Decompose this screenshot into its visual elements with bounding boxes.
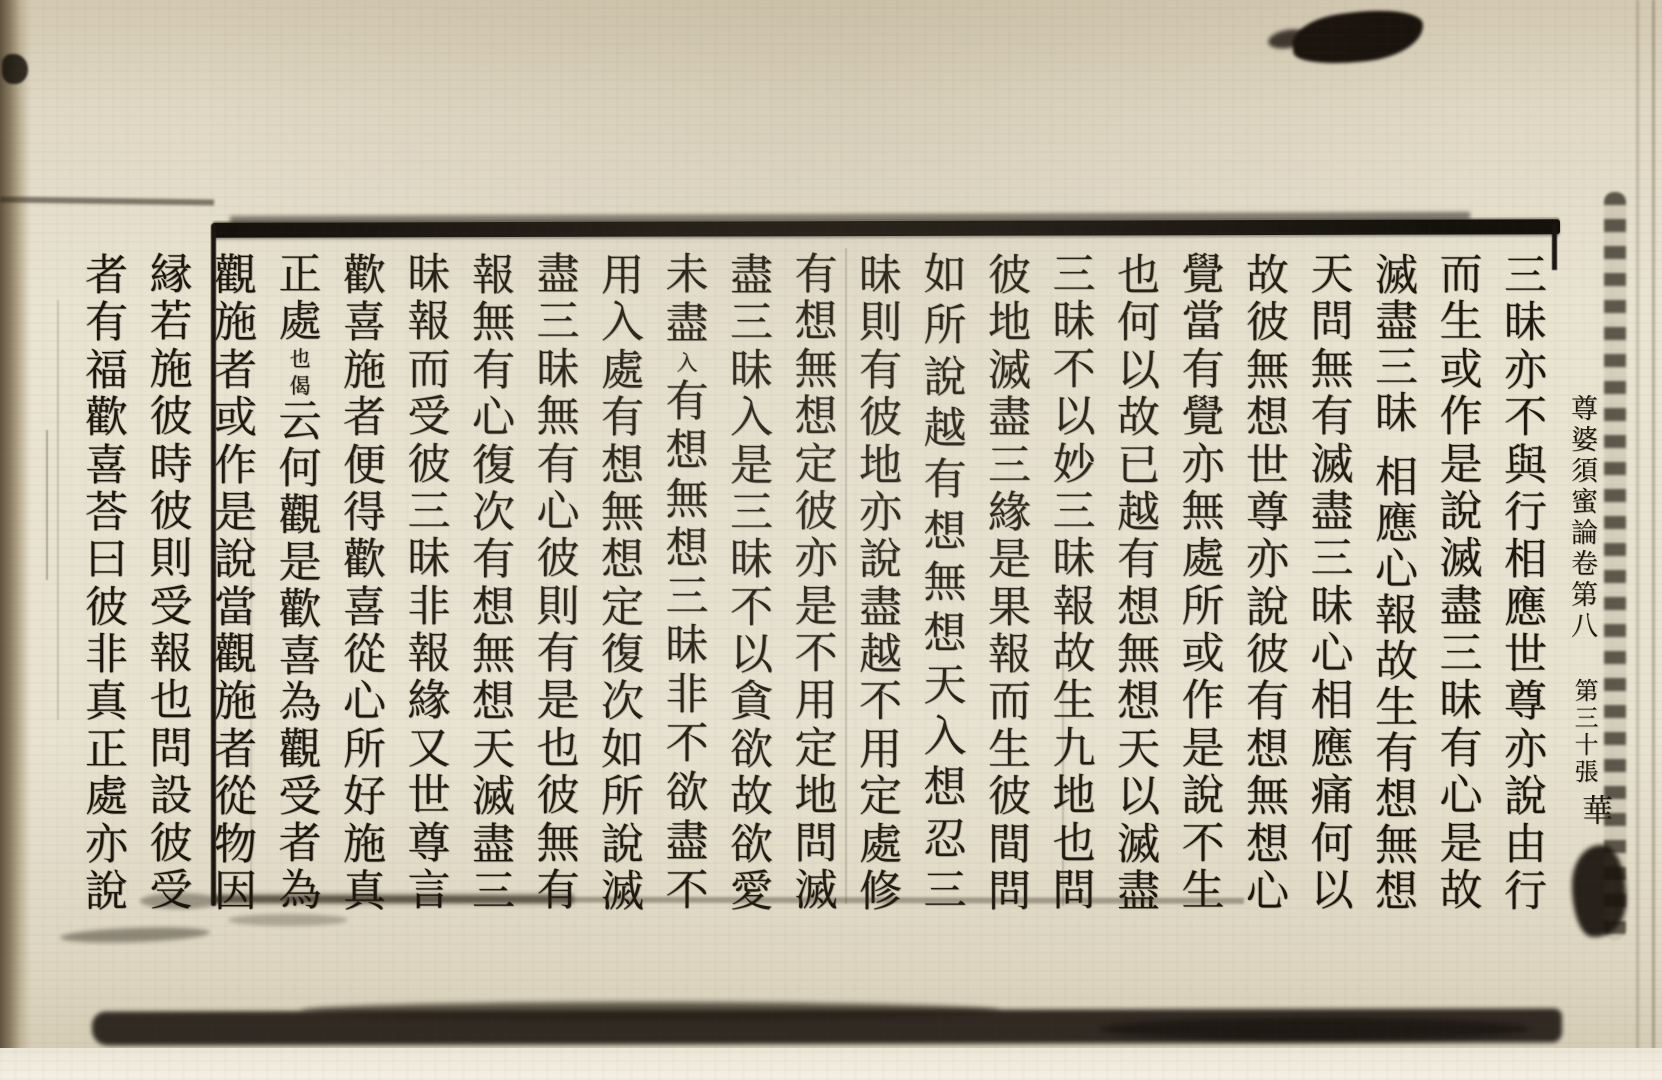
glyph: 問 [981, 869, 1038, 915]
glyph: 昧 [401, 252, 458, 298]
glyph: 為 [272, 680, 329, 726]
glyph: 則 [143, 536, 200, 582]
glyph: 以 [1110, 348, 1167, 394]
glyph: 三 [723, 490, 780, 536]
glyph: 彼 [143, 394, 200, 440]
glyph: 盡 [465, 822, 522, 868]
glyph-small: 也 [272, 346, 329, 372]
glyph: 所 [594, 774, 651, 820]
text-column-21: 觀施者或作是說當觀施者從物因 [207, 253, 264, 915]
glyph: 相 [1304, 678, 1361, 724]
glyph: 說 [594, 822, 651, 868]
glyph: 是 [530, 678, 587, 724]
glyph: 者 [272, 821, 329, 867]
glyph: 者 [336, 395, 393, 441]
glyph: 昧 [1497, 300, 1554, 346]
glyph: 無 [659, 477, 716, 523]
glyph: 滅 [1368, 253, 1425, 299]
glyph: 昧 [1046, 536, 1103, 582]
glyph: 正 [272, 252, 329, 298]
glyph: 盡 [723, 253, 780, 299]
glyph: 有 [530, 631, 587, 677]
text-column-11: 昧則有彼地亦說盡越不用定處修 [852, 253, 909, 915]
glyph: 三 [1497, 253, 1554, 299]
glyph: 則 [530, 584, 587, 630]
glyph: 觀 [272, 493, 329, 539]
glyph: 地 [852, 443, 909, 489]
glyph: 當 [207, 585, 264, 631]
glyph: 如 [594, 727, 651, 773]
glyph: 次 [594, 679, 651, 725]
glyph: 問 [1304, 299, 1361, 345]
glyph: 又 [401, 726, 458, 772]
glyph: 有 [530, 868, 587, 914]
glyph: 亦 [1497, 348, 1554, 394]
glyph: 想 [1110, 679, 1167, 725]
glyph: 果 [981, 585, 1038, 631]
glyph: 天 [1304, 252, 1361, 298]
glyph: 心 [336, 679, 393, 725]
glyph: 彼 [852, 395, 909, 441]
text-column-13: 盡三昧入是三昧不以貪欲故欲愛 [723, 253, 780, 915]
glyph: 盡 [1368, 299, 1425, 345]
frame-top-border [212, 219, 1560, 238]
glyph: 以 [1304, 868, 1361, 914]
glyph: 欲 [723, 727, 780, 773]
text-column-2: 而生或作是說滅盡三昧有心是故 [1433, 252, 1490, 914]
glyph: 彼 [1239, 300, 1296, 346]
glyph: 修 [852, 869, 909, 915]
glyph: 想 [465, 585, 522, 631]
ink-mark-top-left [2, 54, 28, 84]
glyph: 越 [852, 632, 909, 678]
glyph: 所 [336, 727, 393, 773]
glyph: 不 [1175, 821, 1232, 867]
glyph: 若 [143, 299, 200, 345]
glyph: 或 [1175, 631, 1232, 677]
glyph: 盡 [1110, 869, 1167, 915]
glyph: 有 [917, 457, 974, 503]
glyph: 非 [659, 672, 716, 718]
glyph: 定 [852, 774, 909, 820]
glyph: 報 [1046, 584, 1103, 630]
glyph: 亦 [78, 822, 135, 868]
glyph: 入 [594, 300, 651, 346]
ink-smudge-bottom-left [140, 893, 220, 909]
glyph: 無 [1239, 774, 1296, 820]
glyph: 彼 [78, 585, 135, 631]
glyph: 彼 [981, 253, 1038, 299]
glyph: 有 [1110, 537, 1167, 583]
glyph: 三 [917, 868, 974, 914]
glyph: 尊 [1239, 490, 1296, 536]
text-column-17: 報無有心復次有想無想天滅盡三 [465, 253, 522, 915]
glyph: 想 [1239, 727, 1296, 773]
glyph: 從 [207, 774, 264, 820]
glyph: 三 [530, 299, 587, 345]
glyph: 天 [1110, 727, 1167, 773]
glyph: 無 [788, 347, 845, 393]
glyph: 定 [788, 726, 845, 772]
glyph: 因 [207, 869, 264, 915]
glyph: 越 [1110, 490, 1167, 536]
glyph: 有 [465, 348, 522, 394]
glyph: 心 [1433, 773, 1490, 819]
glyph: 也 [1110, 253, 1167, 299]
glyph: 也 [143, 678, 200, 724]
glyph: 有 [1175, 347, 1232, 393]
glyph: 應 [1368, 501, 1425, 547]
glyph: 尊 [401, 821, 458, 867]
glyph: 生 [1175, 868, 1232, 914]
glyph: 問 [143, 726, 200, 772]
glyph: 或 [1433, 347, 1490, 393]
glyph: 想 [1368, 869, 1425, 915]
glyph: 昧 [1368, 391, 1425, 437]
glyph: 應 [1497, 585, 1554, 631]
glyph: 而 [981, 679, 1038, 725]
glyph: 彼 [530, 536, 587, 582]
glyph: 覺 [1175, 252, 1232, 298]
glyph: 盡 [659, 819, 716, 865]
glyph: 覺 [1175, 394, 1232, 440]
glyph: 用 [852, 727, 909, 773]
glyph: 物 [207, 822, 264, 868]
glyph: 想 [788, 299, 845, 345]
glyph: 生 [1368, 685, 1425, 731]
glyph: 說 [1239, 585, 1296, 631]
glyph: 入 [917, 714, 974, 760]
glyph: 想 [788, 394, 845, 440]
glyph: 從 [336, 632, 393, 678]
glyph: 曰 [78, 537, 135, 583]
glyph: 昧 [401, 536, 458, 582]
left-margin-crease [46, 430, 48, 580]
glyph: 昧 [723, 537, 780, 583]
glyph: 歡 [78, 395, 135, 441]
glyph: 尊 [1497, 679, 1554, 725]
glyph: 三 [1304, 536, 1361, 582]
glyph: 有 [1433, 726, 1490, 772]
glyph: 滅 [594, 869, 651, 915]
glyph: 而 [1433, 252, 1490, 298]
left-margin-crease [57, 300, 59, 720]
glyph: 縁 [143, 252, 200, 298]
glyph: 則 [852, 300, 909, 346]
glyph: 與 [1497, 443, 1554, 489]
paper-crease [1636, 0, 1639, 1080]
glyph: 無 [917, 560, 974, 606]
glyph: 想 [917, 765, 974, 811]
glyph-small: 入 [659, 350, 716, 376]
glyph: 想 [917, 611, 974, 657]
glyph: 處 [852, 822, 909, 868]
glyph: 者 [78, 253, 135, 299]
glyph: 如 [917, 252, 974, 298]
glyph: 說 [207, 537, 264, 583]
glyph: 問 [1046, 868, 1103, 914]
bottom-ink-band [1100, 1018, 1530, 1040]
glyph: 已 [1110, 443, 1167, 489]
ink-smudge-bottom-left [228, 914, 348, 926]
text-column-16: 盡三昧無有心彼則有是也彼無有 [530, 252, 587, 914]
glyph: 地 [1046, 773, 1103, 819]
glyph: 言 [401, 868, 458, 914]
glyph-small: 偈 [272, 373, 329, 399]
glyph: 亦 [852, 490, 909, 536]
text-column-4: 天問無有滅盡三昧心相應痛何以 [1304, 252, 1361, 914]
glyph: 以 [723, 632, 780, 678]
glyph: 說 [852, 537, 909, 583]
glyph: 三 [723, 300, 780, 346]
glyph: 世 [1239, 443, 1296, 489]
glyph: 報 [401, 631, 458, 677]
glyph: 不 [723, 585, 780, 631]
glyph: 處 [272, 299, 329, 345]
glyph: 歡 [336, 253, 393, 299]
glyph: 盡 [1304, 489, 1361, 535]
glyph: 想 [1239, 822, 1296, 868]
glyph: 昧 [1046, 299, 1103, 345]
glyph: 行 [1497, 869, 1554, 915]
glyph: 不 [852, 679, 909, 725]
glyph: 施 [207, 300, 264, 346]
glyph: 何 [1304, 821, 1361, 867]
glyph: 想 [1368, 777, 1425, 823]
glyph: 報 [465, 253, 522, 299]
glyph: 三 [465, 869, 522, 915]
glyph: 得 [336, 490, 393, 536]
glyph: 故 [723, 774, 780, 820]
text-column-8: 三昧不以妙三昧報故生九地也問 [1046, 252, 1103, 914]
glyph: 應 [1304, 726, 1361, 772]
glyph: 或 [207, 395, 264, 441]
glyph: 是 [723, 443, 780, 489]
glyph: 真 [336, 869, 393, 915]
glyph: 亦 [788, 536, 845, 582]
glyph: 喜 [336, 300, 393, 346]
glyph: 有 [1304, 394, 1361, 440]
glyph: 受 [272, 774, 329, 820]
glyph: 緣 [981, 490, 1038, 536]
text-column-9: 彼地滅盡三緣是果報而生彼間問 [981, 253, 1038, 915]
glyph: 復 [465, 443, 522, 489]
glyph: 是 [272, 540, 329, 586]
glyph: 何 [1110, 300, 1167, 346]
glyph: 施 [336, 822, 393, 868]
glyph: 九 [1046, 726, 1103, 772]
text-column-22: 縁若施彼時彼則受報也問設彼受 [143, 252, 200, 914]
glyph: 彼 [401, 442, 458, 488]
glyph: 用 [594, 253, 651, 299]
glyph: 心 [465, 395, 522, 441]
glyph: 三 [1433, 631, 1490, 677]
glyph: 忍 [917, 817, 974, 863]
glyph: 喜 [272, 634, 329, 680]
glyph: 是 [788, 584, 845, 630]
text-column-5: 故彼無想世尊亦說彼有想無想心 [1239, 253, 1296, 915]
text-column-23: 者有福歡喜荅曰彼非真正處亦說 [78, 253, 135, 915]
glyph: 說 [78, 869, 135, 915]
glyph: 昧 [852, 253, 909, 299]
glyph: 三 [1046, 489, 1103, 535]
text-column-10: 如所說越有想無想天入想忍三 [917, 252, 974, 914]
glyph: 彼 [788, 489, 845, 535]
glyph: 好 [336, 774, 393, 820]
glyph: 問 [788, 821, 845, 867]
glyph: 作 [1433, 394, 1490, 440]
glyph: 亦 [1239, 537, 1296, 583]
glyph: 所 [917, 303, 974, 349]
glyph: 有 [465, 537, 522, 583]
ink-smudge-bottom-left [60, 925, 210, 944]
glyph: 無 [1239, 348, 1296, 394]
glyph: 是 [207, 490, 264, 536]
glyph: 受 [401, 394, 458, 440]
glyph: 正 [78, 727, 135, 773]
text-column-7: 也何以故已越有想無想天以滅盡 [1110, 253, 1167, 915]
glyph: 滅 [1304, 442, 1361, 488]
glyph: 以 [1046, 394, 1103, 440]
glyph: 無 [1368, 823, 1425, 869]
glyph: 不 [659, 721, 716, 767]
glyph: 彼 [981, 774, 1038, 820]
glyph: 說 [1497, 774, 1554, 820]
glyph: 想 [659, 526, 716, 572]
glyph: 故 [1239, 253, 1296, 299]
glyph: 用 [788, 678, 845, 724]
glyph: 處 [78, 774, 135, 820]
glyph: 說 [1175, 773, 1232, 819]
glyph: 亦 [1497, 727, 1554, 773]
glyph: 故 [1433, 868, 1490, 914]
glyph: 觀 [272, 727, 329, 773]
margin-label-volume-title: 尊婆須蜜論卷第八 [1562, 394, 1601, 642]
glyph: 滅 [981, 348, 1038, 394]
glyph: 定 [788, 442, 845, 488]
glyph: 盡 [530, 252, 587, 298]
glyph: 無 [1110, 632, 1167, 678]
glyph: 無 [594, 490, 651, 536]
glyph: 無 [1175, 489, 1232, 535]
text-column-19: 歡喜施者便得歡喜從心所好施真 [336, 253, 393, 915]
glyph: 昧 [723, 348, 780, 394]
glyph: 不 [659, 868, 716, 914]
glyph: 三 [1368, 345, 1425, 391]
glyph: 設 [143, 773, 200, 819]
ink-blotch-top-right [1289, 4, 1426, 70]
glyph: 有 [530, 442, 587, 488]
glyph: 也 [1046, 821, 1103, 867]
glyph: 欲 [659, 770, 716, 816]
text-column-18: 昧報而受彼三昧非報緣又世尊言 [401, 252, 458, 914]
glyph: 有 [1239, 679, 1296, 725]
glyph: 三 [981, 443, 1038, 489]
glyph: 報 [143, 631, 200, 677]
glyph: 歡 [336, 537, 393, 583]
glyph: 相 [1368, 455, 1425, 501]
glyph: 滅 [788, 868, 845, 914]
glyph: 三 [1046, 252, 1103, 298]
glyph: 三 [659, 574, 716, 620]
glyph: 荅 [78, 490, 135, 536]
glyph: 不 [1046, 347, 1103, 393]
glyph: 者 [207, 727, 264, 773]
glyph: 當 [1175, 299, 1232, 345]
text-column-6: 覺當有覺亦無處所或作是說不生 [1175, 252, 1232, 914]
glyph: 報 [401, 299, 458, 345]
glyph: 是 [981, 537, 1038, 583]
glyph: 心 [1239, 869, 1296, 915]
glyph: 有 [852, 348, 909, 394]
glyph: 愛 [723, 869, 780, 915]
text-column-1: 三昧亦不與行相應世尊亦說由行 [1497, 253, 1554, 915]
page-fold-shadow [1604, 192, 1626, 940]
glyph: 心 [530, 489, 587, 535]
glyph: 彼 [530, 773, 587, 819]
glyph: 想 [659, 428, 716, 474]
glyph: 滅 [1433, 536, 1490, 582]
glyph: 說 [917, 355, 974, 401]
text-column-12: 有想無想定彼亦是不用定地問滅 [788, 252, 845, 914]
text-column-3: 滅盡三昧相應心報故生有想無想 [1368, 253, 1425, 915]
glyph: 者 [207, 348, 264, 394]
glyph: 滅 [1110, 822, 1167, 868]
glyph: 想 [917, 509, 974, 555]
glyph: 彼 [143, 821, 200, 867]
paper-crease [1652, 0, 1655, 1080]
glyph: 由 [1497, 822, 1554, 868]
glyph: 不 [788, 631, 845, 677]
glyph: 想 [594, 537, 651, 583]
glyph: 不 [1497, 395, 1554, 441]
glyph: 是 [1433, 821, 1490, 867]
bottom-ink-band [300, 1002, 1000, 1020]
glyph: 歡 [272, 587, 329, 633]
glyph: 以 [1110, 774, 1167, 820]
glyph: 昧 [530, 347, 587, 393]
glyph: 想 [594, 443, 651, 489]
glyph: 是 [1175, 726, 1232, 772]
glyph: 非 [78, 632, 135, 678]
glyph: 有 [788, 252, 845, 298]
glyph: 觀 [207, 632, 264, 678]
glyph: 故 [1368, 639, 1425, 685]
glyph: 故 [1046, 631, 1103, 677]
text-block: 三昧亦不與行相應世尊亦說由行而生或作是說滅盡三昧有心是故滅盡三昧相應心報故生有想… [78, 252, 1554, 914]
glyph: 盡 [1433, 584, 1490, 630]
glyph: 說 [1433, 489, 1490, 535]
glyph: 定 [594, 585, 651, 631]
glyph: 復 [594, 632, 651, 678]
scan-bottom-strip [0, 1048, 1662, 1080]
glyph: 盡 [852, 585, 909, 631]
glyph: 無 [465, 632, 522, 678]
glyph: 地 [788, 773, 845, 819]
glyph: 有 [594, 395, 651, 441]
glyph: 次 [465, 490, 522, 536]
glyph: 無 [530, 821, 587, 867]
glyph: 非 [401, 584, 458, 630]
glyph: 喜 [336, 585, 393, 631]
text-column-15: 用入處有想無想定復次如所說滅 [594, 253, 651, 915]
glyph: 有 [1368, 731, 1425, 777]
glyph: 而 [401, 347, 458, 393]
glyph: 貪 [723, 679, 780, 725]
glyph: 生 [1046, 678, 1103, 724]
frame-top-left-streak [0, 197, 214, 206]
glyph: 為 [272, 868, 329, 914]
